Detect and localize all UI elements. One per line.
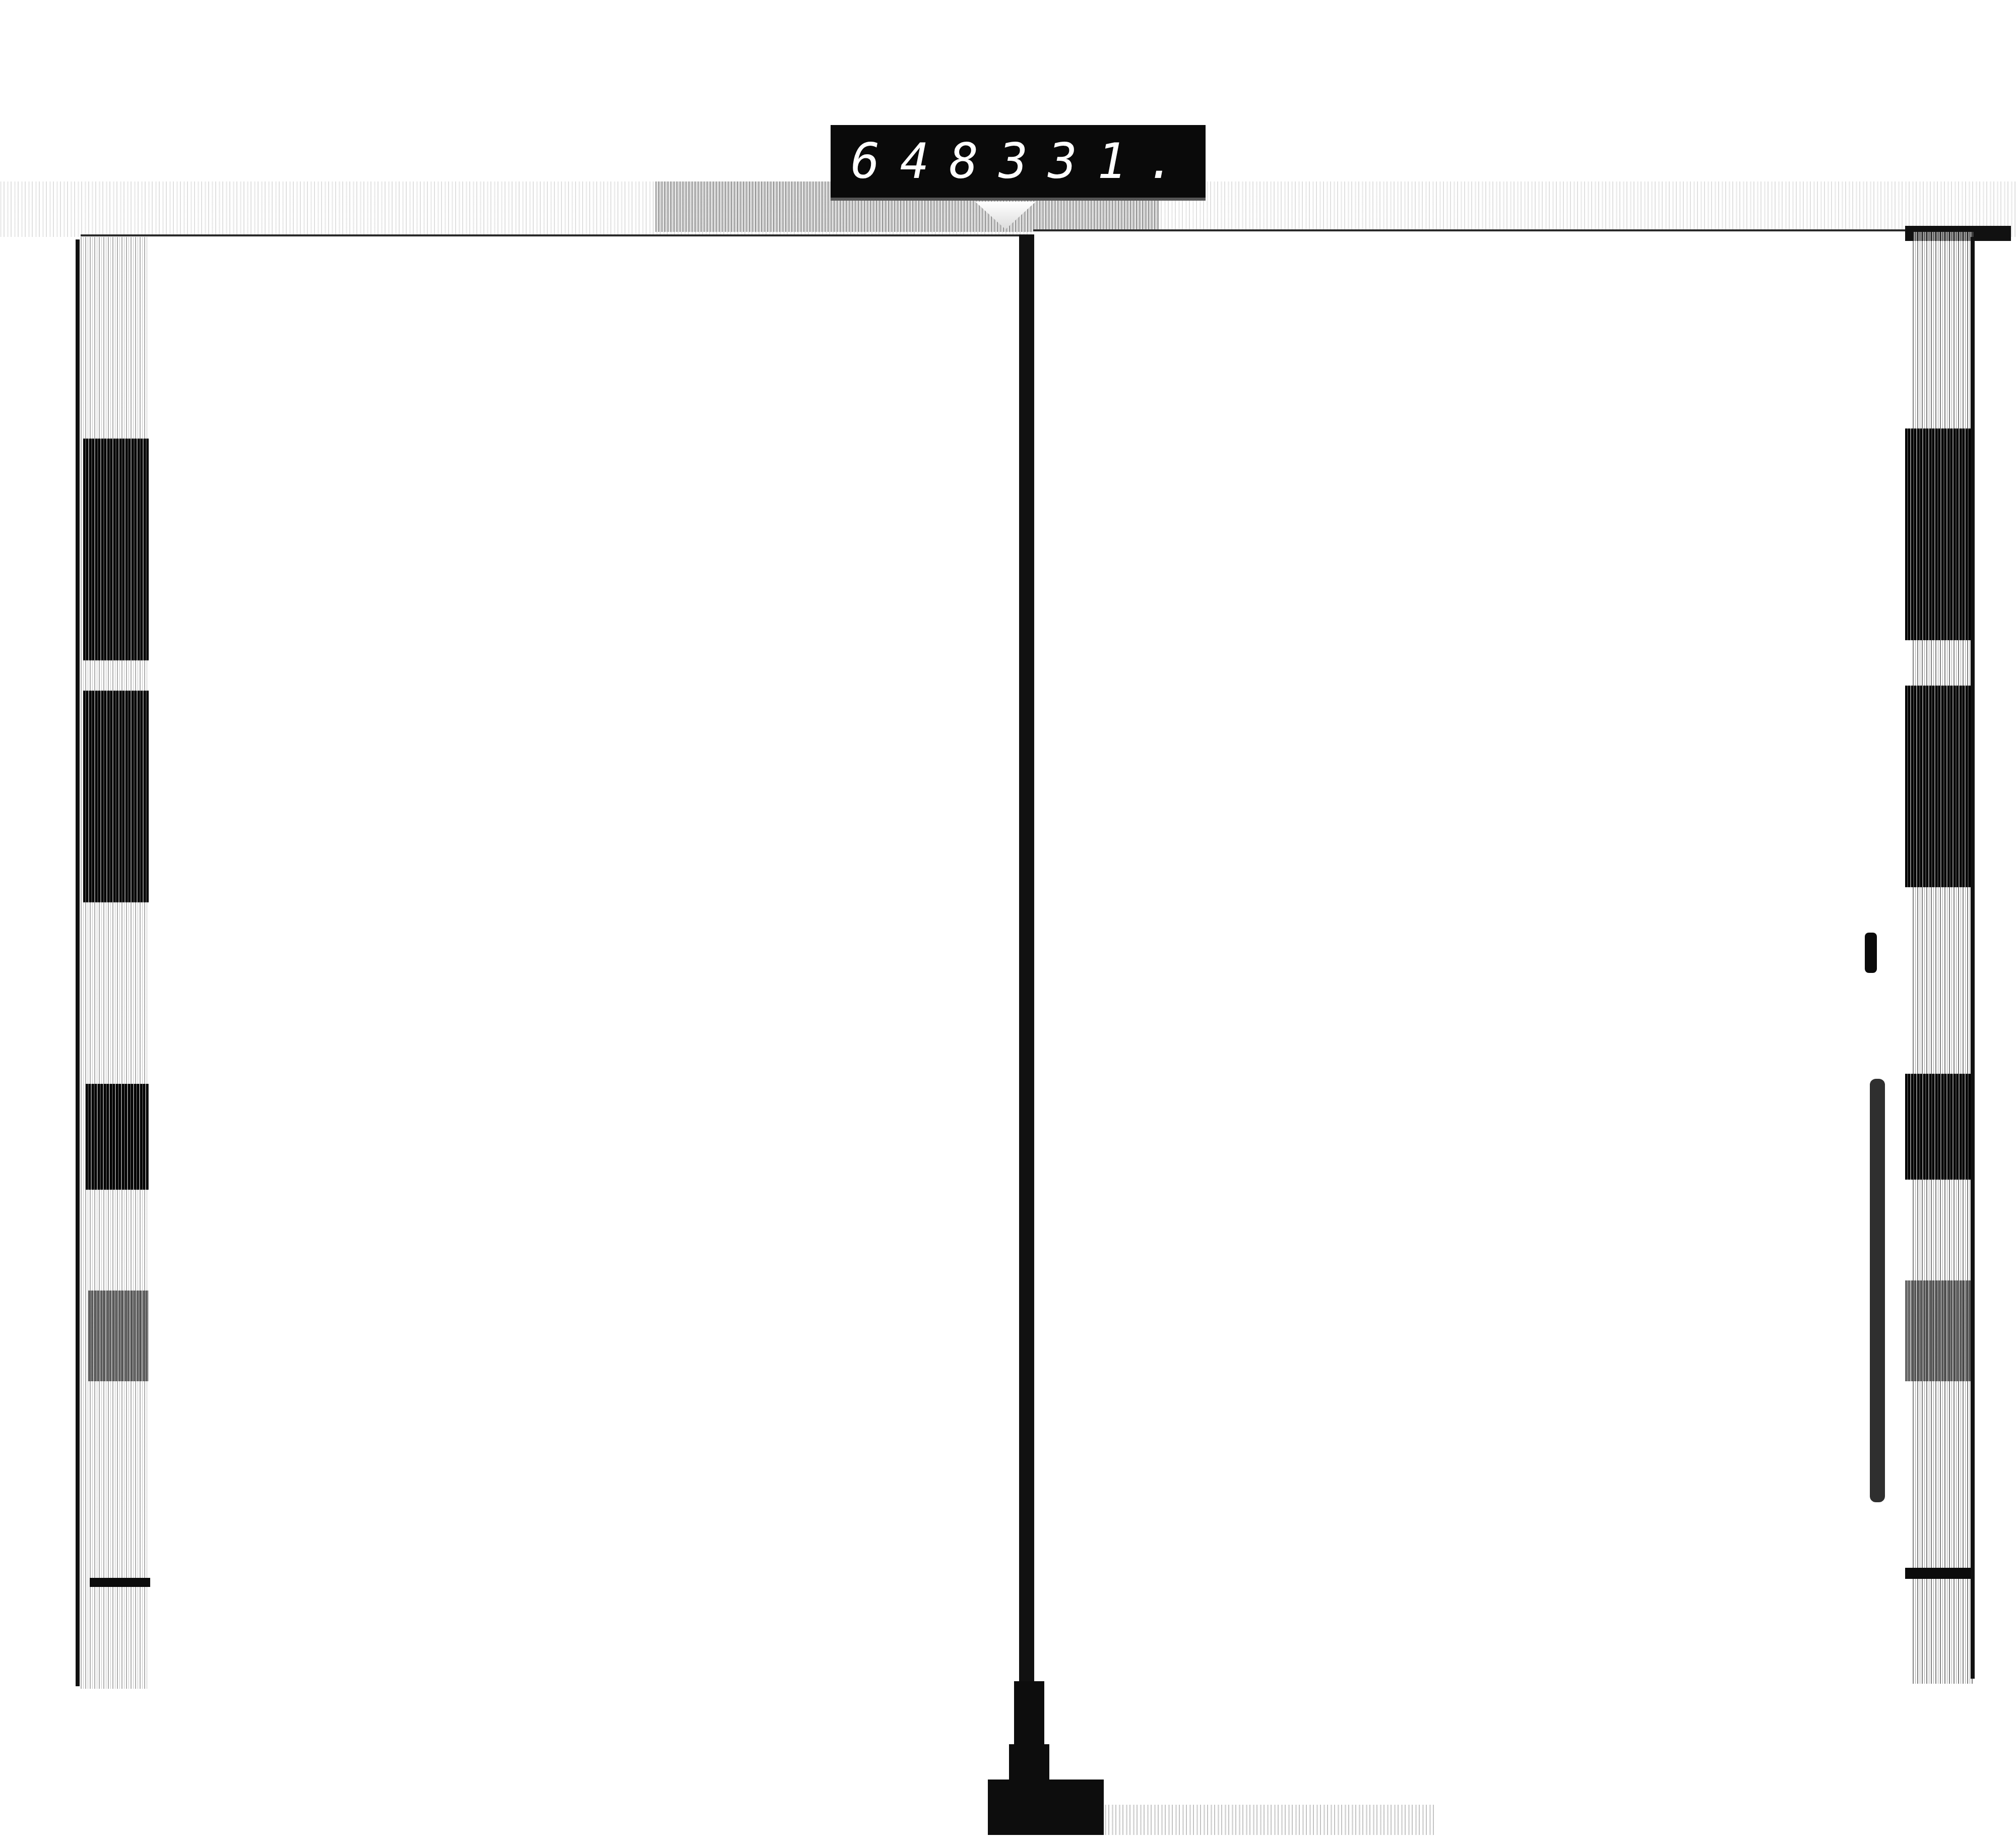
stand-base: [988, 1780, 1104, 1835]
left-page: [81, 234, 1028, 1688]
left-cover-edge: [76, 239, 80, 1686]
stand-mid: [1009, 1744, 1049, 1780]
scanner-noise-band-bottom: [1084, 1805, 1436, 1835]
right-stack-marks-1: [1905, 428, 1971, 640]
frame-counter-right: 331.: [998, 137, 1195, 186]
left-stack-line: [90, 1578, 150, 1587]
right-cover-edge: [1971, 237, 1975, 1679]
left-stack-marks-2: [83, 691, 149, 902]
left-stack-marks-3: [86, 1084, 149, 1190]
left-stack-marks-1: [83, 439, 149, 660]
frame-counter-left: 648: [851, 137, 998, 186]
right-stack-line: [1905, 1568, 1971, 1579]
right-margin-spot: [1865, 933, 1877, 973]
right-stack-marks-3: [1905, 1074, 1971, 1180]
right-stack-marks-2: [1905, 686, 1971, 887]
right-stack-marks-4: [1905, 1280, 1971, 1381]
left-stack-marks-4: [88, 1291, 149, 1381]
frame-counter-label: 648 331.: [831, 125, 1206, 201]
spine-rod: [1019, 234, 1034, 1686]
right-page: [1033, 229, 1920, 1683]
stand-upper: [1014, 1681, 1044, 1747]
right-margin-smudge: [1870, 1079, 1885, 1502]
